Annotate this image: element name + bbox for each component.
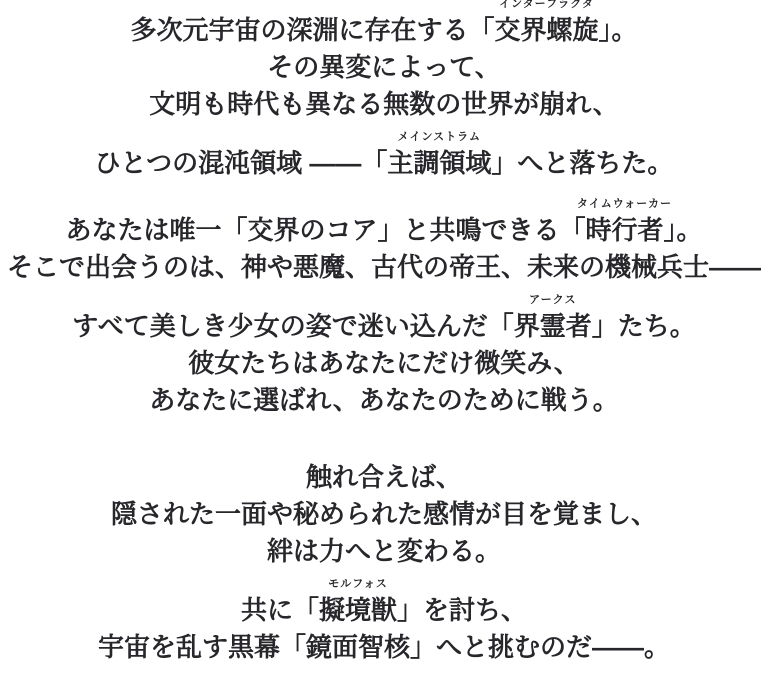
story-text-segment: ひとつの混沌領域 ――「 [95, 148, 388, 178]
ruby-term: メインストラム主調領域 [387, 145, 491, 182]
story-line: 宇宙を乱す黒幕「鏡面智核」へと挑むのだ――。 [0, 629, 768, 666]
ruby-term: アークス界霊者 [514, 308, 592, 345]
story-line: 触れ合えば、 [0, 459, 768, 496]
story-line: あなたは唯一「交界のコア」と共鳴できる「タイムウォーカー時行者」。 [0, 212, 768, 249]
story-line: あなたに選ばれ、あなたのために戦う。 [0, 382, 768, 419]
story-text-segment: 多次元宇宙の深淵に存在する「 [130, 15, 494, 45]
story-text-segment: 」。 [664, 215, 703, 245]
story-line: すべて美しき少女の姿で迷い込んだ「アークス界霊者」たち。 [0, 308, 768, 345]
ruby-reading: タイムウォーカー [577, 199, 672, 210]
story-line: 共に「モルフォス擬境獣」を討ち、 [0, 592, 768, 629]
story-text-segment: すべて美しき少女の姿で迷い込んだ「 [72, 311, 513, 341]
ruby-base: 界霊者 [514, 311, 592, 341]
story-text-segment: 共に「 [241, 595, 319, 625]
story-line: 絆は力へと変わる。 [0, 533, 768, 570]
story-line: 彼女たちはあなたにだけ微笑み、 [0, 345, 768, 382]
story-line: その異変によって、 [0, 49, 768, 86]
story-text-segment: 」へと落ちた。 [491, 148, 673, 178]
story-paragraph-3: 触れ合えば、 隠された一面や秘められた感情が目を覚まし、 絆は力へと変わる。 共… [0, 459, 768, 666]
story-line: ひとつの混沌領域 ――「メインストラム主調領域」へと落ちた。 [0, 145, 768, 182]
story-text-panel: 多次元宇宙の深淵に存在する「インターフラクタ交界螺旋」。 その異変によって、 文… [0, 0, 768, 683]
ruby-term: モルフォス擬境獣 [319, 592, 397, 629]
story-line: そこで出会うのは、神や悪魔、古代の帝王、未来の機械兵士―― [0, 249, 768, 286]
story-paragraph-2: あなたは唯一「交界のコア」と共鳴できる「タイムウォーカー時行者」。 そこで出会う… [0, 212, 768, 419]
ruby-base: 擬境獣 [319, 595, 397, 625]
story-text-segment: あなたは唯一「交界のコア」と共鳴できる「 [65, 215, 585, 245]
ruby-base: 交界螺旋 [494, 15, 598, 45]
ruby-reading: モルフォス [328, 579, 387, 590]
ruby-term: タイムウォーカー時行者 [585, 212, 663, 249]
story-text-segment: 」を討ち、 [397, 595, 527, 625]
ruby-base: 時行者 [585, 215, 663, 245]
story-paragraph-1: 多次元宇宙の深淵に存在する「インターフラクタ交界螺旋」。 その異変によって、 文… [0, 12, 768, 182]
ruby-reading: インターフラクタ [499, 0, 594, 10]
story-line: 多次元宇宙の深淵に存在する「インターフラクタ交界螺旋」。 [0, 12, 768, 49]
story-line: 文明も時代も異なる無数の世界が崩れ、 [0, 86, 768, 123]
ruby-term: インターフラクタ交界螺旋 [494, 12, 598, 49]
ruby-reading: アークス [529, 295, 577, 306]
story-text-segment: 」。 [599, 15, 638, 45]
ruby-base: 主調領域 [387, 148, 491, 178]
story-text-segment: 」たち。 [592, 311, 696, 341]
story-line: 隠された一面や秘められた感情が目を覚まし、 [0, 496, 768, 533]
ruby-reading: メインストラム [398, 132, 481, 143]
